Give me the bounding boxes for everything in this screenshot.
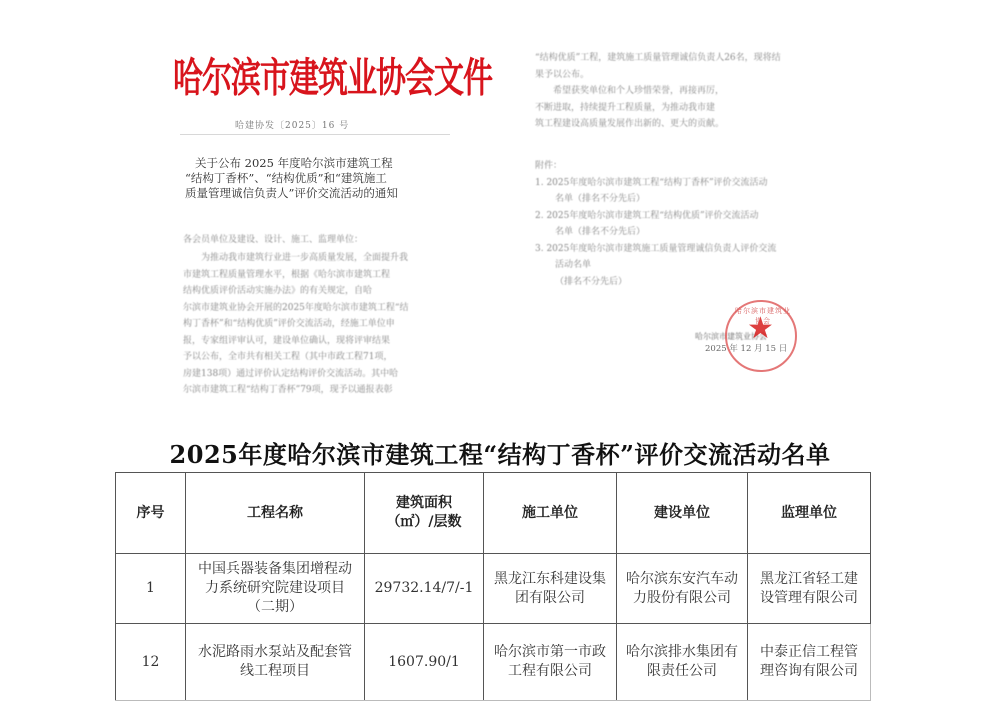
- attachment-item-cont: 名单（排名不分先后）: [535, 191, 825, 208]
- attachment-item: 1. 2025年度哈尔滨市建筑工程“结构丁香杯”评价交流活动: [535, 175, 825, 192]
- cell-no: 1: [116, 554, 186, 624]
- list-title: 2025年度哈尔滨市建筑工程“结构丁香杯”评价交流活动名单: [0, 435, 1000, 470]
- award-list-table: 序号 工程名称 建筑面积（㎡）/层数 施工单位 建设单位 监理单位 1 中国兵器…: [115, 472, 871, 701]
- cell-area: 29732.14/7/-1: [365, 554, 484, 624]
- body-line: 为推动我市建筑行业进一步高质量发展，全面提升我: [183, 250, 453, 267]
- body-line: 筑工程建设高质量发展作出新的、更大的贡献。: [535, 116, 825, 133]
- notice-right-column: “结构优质”工程，建筑施工质量管理诚信负责人26名，现将结 果予以公布。 希望获…: [535, 50, 825, 390]
- notice-left-column: 哈尔滨市建筑业协会文件 哈建协发〔2025〕16 号 关于公布 2025 年度哈…: [165, 30, 455, 410]
- addressee: 各会员单位及建设、设计、施工、监理单位：: [183, 232, 453, 249]
- body-line: 予以公布，全市共有相关工程（其中市政工程71项，: [183, 349, 453, 366]
- area-header-line1: 建筑面积: [396, 495, 452, 511]
- attachment-item-cont: 名单（排名不分先后）: [535, 224, 825, 241]
- cell-supervisor: 中泰正信工程管理咨询有限公司: [748, 624, 871, 701]
- attachment-item-cont: 活动名单: [535, 257, 825, 274]
- body-line: 尔滨市建筑业协会开展的2025年度哈尔滨市建筑工程“结: [183, 300, 453, 317]
- body-line: 结构优质评价活动实施办法》的有关规定，自哈: [183, 283, 453, 300]
- body-line: 报，专家组评审认可，建设单位确认，现将评审结果: [183, 333, 453, 350]
- body-line: 市建筑工程质量管理水平，根据《哈尔滨市建筑工程: [183, 267, 453, 284]
- attachment-item: 2. 2025年度哈尔滨市建筑工程“结构优质”评价交流活动: [535, 208, 825, 225]
- notice-body: 为推动我市建筑行业进一步高质量发展，全面提升我 市建筑工程质量管理水平，根据《哈…: [183, 250, 453, 399]
- cell-supervisor: 黑龙江省轻工建设管理有限公司: [748, 554, 871, 624]
- cell-project: 水泥路雨水泵站及配套管线工程项目: [186, 624, 365, 701]
- notice-title-line: 关于公布 2025 年度哈尔滨市建筑工程: [185, 156, 445, 171]
- document-number: 哈建协发〔2025〕16 号: [235, 118, 349, 131]
- attachments-label: 附件：: [535, 158, 825, 175]
- cell-contractor: 哈尔滨市第一市政工程有限公司: [484, 624, 617, 701]
- column-header-contractor: 施工单位: [484, 473, 617, 554]
- table-row: 12 水泥路雨水泵站及配套管线工程项目 1607.90/1 哈尔滨市第一市政工程…: [116, 624, 871, 701]
- cell-developer: 哈尔滨东安汽车动力股份有限公司: [617, 554, 748, 624]
- body-line: “结构优质”工程，建筑施工质量管理诚信负责人26名，现将结: [535, 50, 825, 67]
- cell-project: 中国兵器装备集团增程动力系统研究院建设项目（二期）: [186, 554, 365, 624]
- notice-body-continued: “结构优质”工程，建筑施工质量管理诚信负责人26名，现将结 果予以公布。 希望获…: [535, 50, 825, 133]
- cell-no: 12: [116, 624, 186, 701]
- column-header-project: 工程名称: [186, 473, 365, 554]
- table-header-row: 序号 工程名称 建筑面积（㎡）/层数 施工单位 建设单位 监理单位: [116, 473, 871, 554]
- body-line: 希望获奖单位和个人珍惜荣誉，再接再厉，: [535, 83, 825, 100]
- attachment-item-cont: （排名不分先后）: [535, 274, 825, 291]
- attachments-list: 附件： 1. 2025年度哈尔滨市建筑工程“结构丁香杯”评价交流活动 名单（排名…: [535, 158, 825, 290]
- body-line: 构丁香杯”和“结构优质”评价交流活动，经施工单位申: [183, 316, 453, 333]
- column-header-supervisor: 监理单位: [748, 473, 871, 554]
- body-line: 尔滨市建筑工程“结构丁香杯”79项，现予以通报表彰: [183, 382, 453, 399]
- column-header-developer: 建设单位: [617, 473, 748, 554]
- body-line: 不断进取，持续提升工程质量，为推动我市建: [535, 100, 825, 117]
- cell-contractor: 黑龙江东科建设集团有限公司: [484, 554, 617, 624]
- area-header-line2: （㎡）/层数: [386, 514, 461, 530]
- notice-title-line: “结构丁香杯”、“结构优质”和“建筑施工: [185, 171, 445, 186]
- official-seal: 哈尔滨市建筑业协会 ★: [725, 300, 797, 372]
- column-header-no: 序号: [116, 473, 186, 554]
- header-divider: [180, 134, 450, 135]
- cell-developer: 哈尔滨排水集团有限责任公司: [617, 624, 748, 701]
- body-line: 房建138项）通过评价认定结构评价交流活动。其中哈: [183, 366, 453, 383]
- column-header-area: 建筑面积（㎡）/层数: [365, 473, 484, 554]
- notice-title: 关于公布 2025 年度哈尔滨市建筑工程 “结构丁香杯”、“结构优质”和“建筑施…: [185, 156, 445, 201]
- table-row: 1 中国兵器装备集团增程动力系统研究院建设项目（二期） 29732.14/7/-…: [116, 554, 871, 624]
- body-line: 果予以公布。: [535, 67, 825, 84]
- attachment-item: 3. 2025年度哈尔滨市建筑施工质量管理诚信负责人评价交流: [535, 241, 825, 258]
- document-header: 哈尔滨市建筑业协会文件: [173, 44, 453, 103]
- notice-title-line: 质量管理诚信负责人”评价交流活动的通知: [185, 186, 445, 201]
- cell-area: 1607.90/1: [365, 624, 484, 701]
- star-icon: ★: [747, 314, 774, 344]
